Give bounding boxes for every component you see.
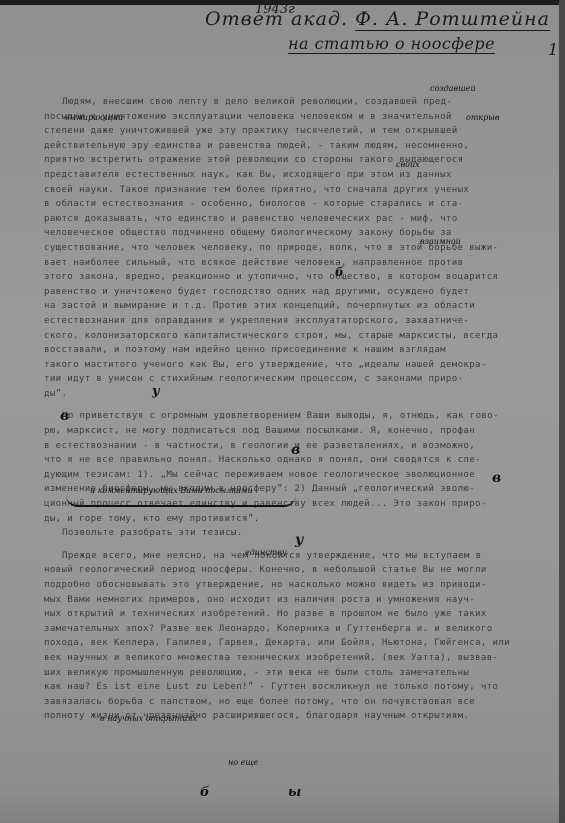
text-line: Прежде всего, мне неясно, на чем покоитс… (44, 549, 556, 564)
handwritten-correction: взаимной (420, 237, 461, 246)
text-line: как наш? Es ist eine Lust zu Leben!” - Г… (44, 680, 556, 695)
text-line: тии идут в унисон с стихийным геологичес… (44, 372, 556, 387)
handwritten-correction: своих (396, 160, 420, 169)
title-author-name: Ф. А. Ротштейна (355, 8, 550, 31)
paragraph-gap (44, 401, 556, 409)
handwritten-correction: но еще (228, 758, 258, 767)
text-line: замечательных эпох? Разве век Леонардо, … (44, 622, 556, 637)
scan-right-edge (559, 0, 565, 823)
title-prefix: Ответ акад. (205, 8, 348, 30)
handwritten-correction: и комментирующих Вами посылками (90, 486, 253, 495)
text-line: ших великую промышленную революцию, - эт… (44, 666, 556, 681)
scan-bottom-shade (0, 793, 565, 823)
handwritten-letter-mark: в (492, 470, 501, 486)
handwritten-letter-mark: у (295, 532, 303, 548)
text-line: человеческое общество подчинено общему б… (44, 226, 556, 241)
document-page: 1943г Ответ акад. Ф. А. Ротштейна на ста… (0, 0, 565, 823)
text-line: этого закона, вредно, реакционно и утопи… (44, 270, 556, 285)
text-line: ды, и горе тому, кто ему противится”. (44, 512, 556, 527)
wavy-underline-mark (66, 495, 296, 507)
handwritten-correction: открыв (466, 113, 499, 122)
handwritten-title-line1: Ответ акад. Ф. А. Ротштейна (205, 8, 550, 30)
handwritten-correction: в научных открытиях (100, 714, 197, 723)
text-line: ных открытий и технических изобретений. … (44, 607, 556, 622)
handwritten-letter-mark: б (335, 265, 344, 279)
text-line: похода, век Кеплера, Галилея, Гарвея, Де… (44, 636, 556, 651)
text-line: ского, колонизаторского капиталистическо… (44, 329, 556, 344)
handwritten-letter-mark: в (60, 408, 69, 424)
handwritten-correction: вымирающий (65, 113, 123, 122)
text-line: представителя естественных наук, как Вы,… (44, 168, 556, 183)
text-line: на застой и вымирание и т.д. Против этих… (44, 299, 556, 314)
text-line: Людям, внесшим свою лепту в дело великой… (44, 95, 556, 110)
text-line: век научных и великого множества техниче… (44, 651, 556, 666)
handwritten-letter-mark: у (152, 384, 160, 399)
text-line: восставали, и поэтому нам идейно ценно п… (44, 343, 556, 358)
text-line: в области естествознания - особенно, био… (44, 197, 556, 212)
text-line: дующим тезисам: 1). „Мы сейчас переживае… (44, 468, 556, 483)
text-line: подробно обосновывать это утверждение, н… (44, 578, 556, 593)
text-line: Но приветствуя с огромным удовлетворение… (44, 409, 556, 424)
text-line: степени даже уничтожившей уже эту практи… (44, 124, 556, 139)
handwritten-title-line2: на статью о ноосфере (288, 34, 495, 53)
text-line: существование, что человек человеку, по … (44, 241, 556, 256)
text-line: естествознания для оправдания и укреплен… (44, 314, 556, 329)
text-line: вает наиболее сильный, что всякое действ… (44, 256, 556, 271)
text-line: ды”. (44, 387, 556, 402)
typewritten-body: Людям, внесшим свою лепту в дело великой… (44, 95, 556, 724)
text-line: рю, марксист, не могу подписаться под Ва… (44, 424, 556, 439)
text-line: раются доказывать, что единство и равенс… (44, 212, 556, 227)
text-line: мых Вами немногих примеров, оно исходит … (44, 593, 556, 608)
page-marker: 1 (548, 40, 558, 59)
text-line: своей науки. Такое признание тем более п… (44, 183, 556, 198)
handwritten-letter-mark: в (291, 442, 300, 458)
handwritten-correction: единству (245, 548, 287, 557)
text-line: приятно встретить отражение этой революц… (44, 153, 556, 168)
text-line: завязалась борьба с папством, но еще бол… (44, 695, 556, 710)
text-line: равенство и уничтожено будет господство … (44, 285, 556, 300)
title-subject: на статью о ноосфере (288, 34, 495, 54)
text-line: новый геологический период ноосферы. Кон… (44, 563, 556, 578)
handwritten-correction: создавшей (430, 84, 476, 93)
text-line: действительную эру единства и равенства … (44, 139, 556, 154)
text-line: такого маститого ученого как Вы, его утв… (44, 358, 556, 373)
